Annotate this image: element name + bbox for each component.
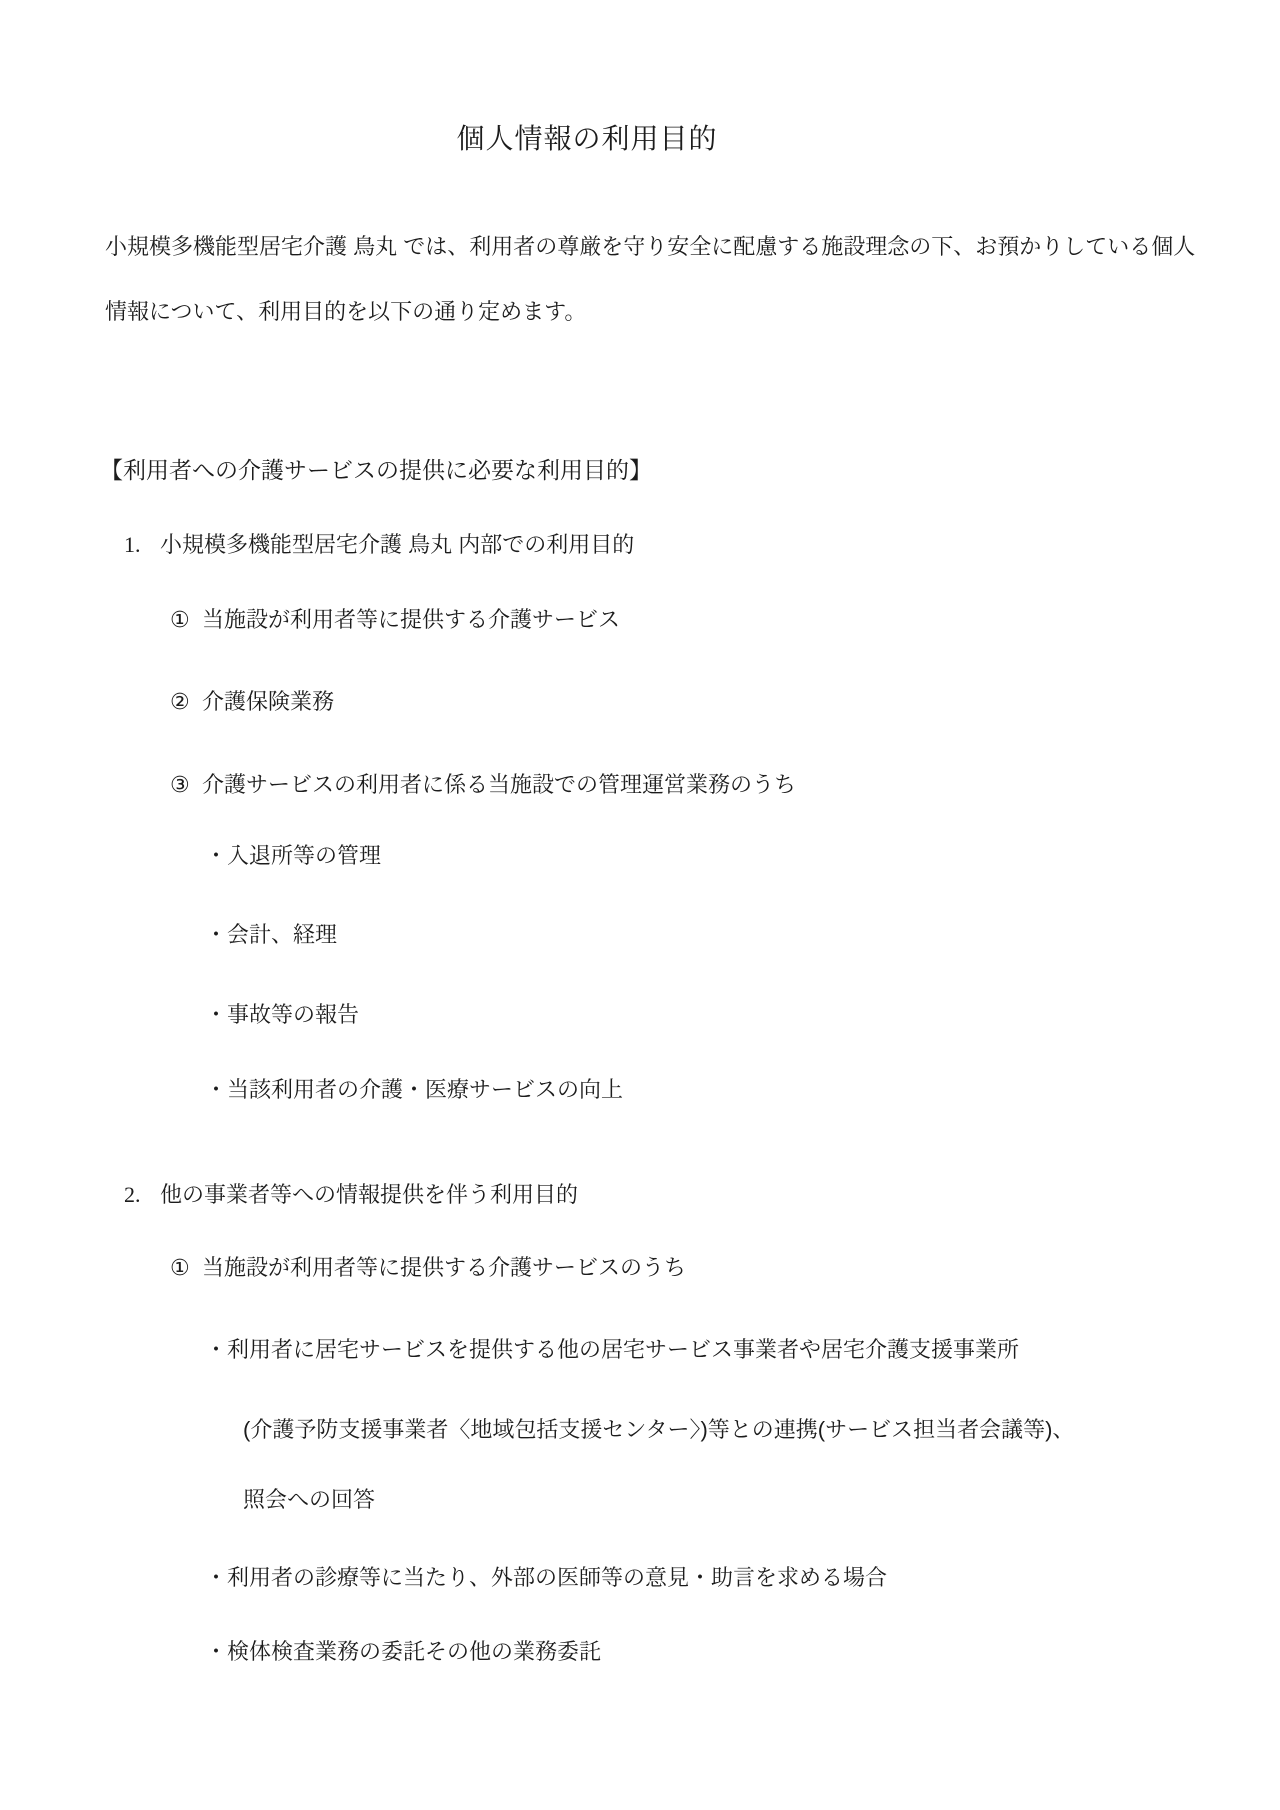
section-heading: 【利用者への介護サービスの提供に必要な利用目的】 <box>0 454 1280 486</box>
subitem-2-1: ①当施設が利用者等に提供する介護サービスのうち <box>0 1253 1280 1283</box>
bullet-outsourced-testing: ・検体検査業務の委託その他の業務委託 <box>0 1637 1280 1667</box>
list-item-2-number: 2. <box>124 1180 160 1210</box>
subitem-1-2-label: 介護保険業務 <box>202 689 334 714</box>
list-item-1-label: 小規模多機能型居宅介護 鳥丸 内部での利用目的 <box>160 532 634 557</box>
bullet-service-improvement: ・当該利用者の介護・医療サービスの向上 <box>0 1075 1280 1105</box>
bullet-external-doctor-opinion: ・利用者の診療等に当たり、外部の医師等の意見・助言を求める場合 <box>0 1563 1280 1593</box>
subitem-1-3-label: 介護サービスの利用者に係る当施設での管理運営業務のうち <box>202 772 796 797</box>
subitem-1-1-label: 当施設が利用者等に提供する介護サービス <box>202 607 620 632</box>
list-item-2: 2.他の事業者等への情報提供を伴う利用目的 <box>0 1180 1280 1210</box>
bullet-admission-management: ・入退所等の管理 <box>0 841 1280 871</box>
list-item-1: 1.小規模多機能型居宅介護 鳥丸 内部での利用目的 <box>0 530 1280 560</box>
bullet-other-providers-cont-2: 照会への回答 <box>0 1485 1280 1515</box>
bullet-other-providers-cont-1: (介護予防支援事業者〈地域包括支援センター〉)等との連携(サービス担当者会議等)… <box>0 1415 1280 1445</box>
subitem-2-1-label: 当施設が利用者等に提供する介護サービスのうち <box>202 1255 686 1280</box>
document-page: 個人情報の利用目的 小規模多機能型居宅介護 鳥丸 では、利用者の尊厳を守り安全に… <box>0 0 1280 1810</box>
list-item-2-label: 他の事業者等への情報提供を伴う利用目的 <box>160 1182 578 1207</box>
bullet-incident-report: ・事故等の報告 <box>0 1000 1280 1030</box>
page-title: 個人情報の利用目的 <box>0 0 1280 156</box>
bullet-other-providers: ・利用者に居宅サービスを提供する他の居宅サービス事業者や居宅介護支援事業所 <box>0 1335 1280 1365</box>
subitem-1-1: ①当施設が利用者等に提供する介護サービス <box>0 605 1280 635</box>
subitem-1-2-marker: ② <box>170 687 202 717</box>
intro-paragraph-line-1: 小規模多機能型居宅介護 鳥丸 では、利用者の尊厳を守り安全に配慮する施設理念の下… <box>0 232 1280 262</box>
subitem-1-2: ②介護保険業務 <box>0 687 1280 717</box>
bullet-accounting: ・会計、経理 <box>0 920 1280 950</box>
list-item-1-number: 1. <box>124 530 160 560</box>
subitem-1-3: ③介護サービスの利用者に係る当施設での管理運営業務のうち <box>0 770 1280 800</box>
subitem-1-3-marker: ③ <box>170 770 202 800</box>
intro-paragraph-line-2: 情報について、利用目的を以下の通り定めます。 <box>0 297 1280 327</box>
subitem-2-1-marker: ① <box>170 1253 202 1283</box>
subitem-1-1-marker: ① <box>170 605 202 635</box>
